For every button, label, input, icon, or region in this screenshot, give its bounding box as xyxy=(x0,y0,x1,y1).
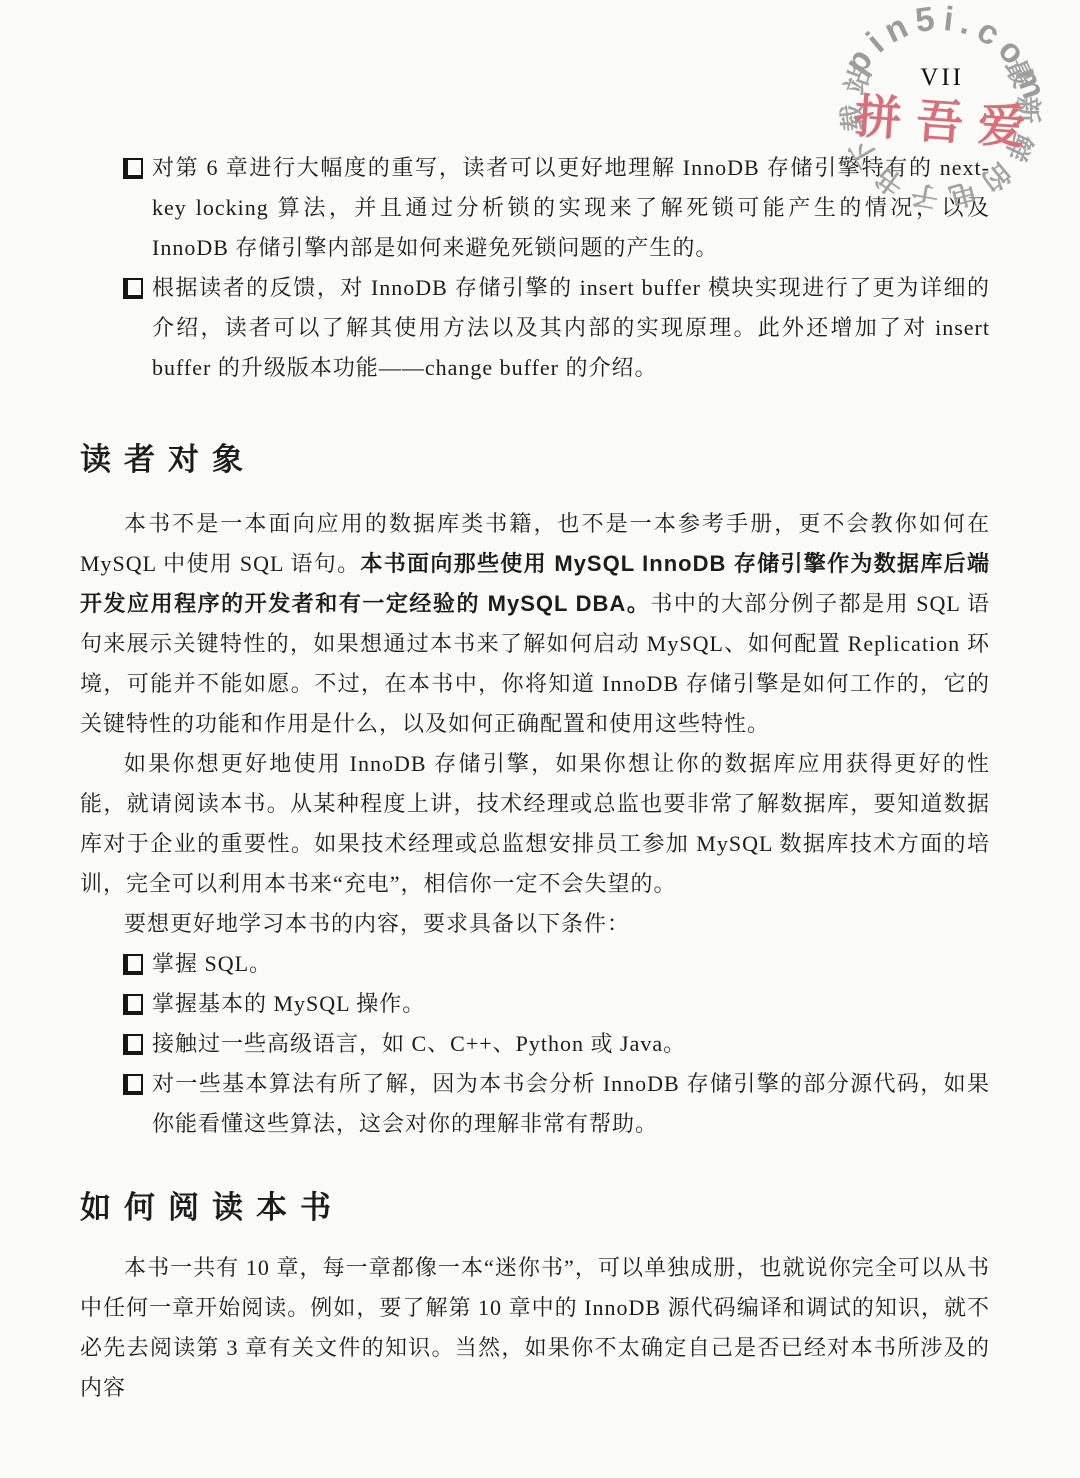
watermark-ring-char: 的 xyxy=(976,156,1016,196)
watermark-stamp: pin5i.com 最 新 鲜 的 电 子 书 下 载 站 拼吾爱 xyxy=(828,0,1052,222)
list-item: 接触过一些高级语言，如 C、C++、Python 或 Java。 xyxy=(123,1024,990,1064)
list-item: 根据读者的反馈，对 InnoDB 存储引擎的 insert buffer 模块实… xyxy=(123,268,990,388)
requirements-list: 掌握 SQL。 掌握基本的 MySQL 操作。 接触过一些高级语言，如 C、C+… xyxy=(123,944,990,1144)
list-item: 掌握 SQL。 xyxy=(123,944,990,984)
checkbox-bullet-icon xyxy=(123,954,143,975)
paragraph-audience-3: 要想更好地学习本书的内容，要求具备以下条件： xyxy=(80,904,990,944)
list-item: 对一些基本算法有所了解，因为本书会分析 InnoDB 存储引擎的部分源代码，如果… xyxy=(123,1064,990,1144)
list-item-text: 掌握基本的 MySQL 操作。 xyxy=(152,991,425,1016)
paragraph-audience-2: 如果你想更好地使用 InnoDB 存储引擎，如果你想让你的数据库应用获得更好的性… xyxy=(80,744,990,904)
checkbox-bullet-icon xyxy=(123,158,143,179)
checkbox-bullet-icon xyxy=(123,278,143,299)
checkbox-bullet-icon xyxy=(123,1034,143,1055)
checkbox-bullet-icon xyxy=(123,1074,143,1095)
watermark-ring-char: 电 xyxy=(946,176,980,212)
section-heading-howto: 如何阅读本书 xyxy=(80,1186,990,1230)
list-item-text: 对一些基本算法有所了解，因为本书会分析 InnoDB 存储引擎的部分源代码，如果… xyxy=(152,1071,990,1136)
book-page: pin5i.com 最 新 鲜 的 电 子 书 下 载 站 拼吾爱 VII 对第… xyxy=(0,0,1080,1478)
paragraph-audience-1: 本书不是一本面向应用的数据库类书籍，也不是一本参考手册，更不会教你如何在 MyS… xyxy=(80,504,990,744)
list-item-text: 根据读者的反馈，对 InnoDB 存储引擎的 insert buffer 模块实… xyxy=(152,275,990,380)
section-heading-audience: 读者对象 xyxy=(80,438,990,482)
list-item-text: 接触过一些高级语言，如 C、C++、Python 或 Java。 xyxy=(152,1031,686,1056)
paragraph-howto-1: 本书一共有 10 章，每一章都像一本“迷你书”，可以单独成册，也就说你完全可以从… xyxy=(80,1248,990,1408)
list-item-text: 掌握 SQL。 xyxy=(152,951,272,976)
page-number: VII xyxy=(920,64,964,92)
checkbox-bullet-icon xyxy=(123,994,143,1015)
watermark-ring-char: 书 xyxy=(870,161,909,201)
watermark-circle-icon: pin5i.com 最 新 鲜 的 电 子 书 下 载 站 拼吾爱 xyxy=(828,0,1052,222)
list-item: 掌握基本的 MySQL 操作。 xyxy=(123,984,990,1024)
watermark-ring-char: 子 xyxy=(909,179,941,213)
